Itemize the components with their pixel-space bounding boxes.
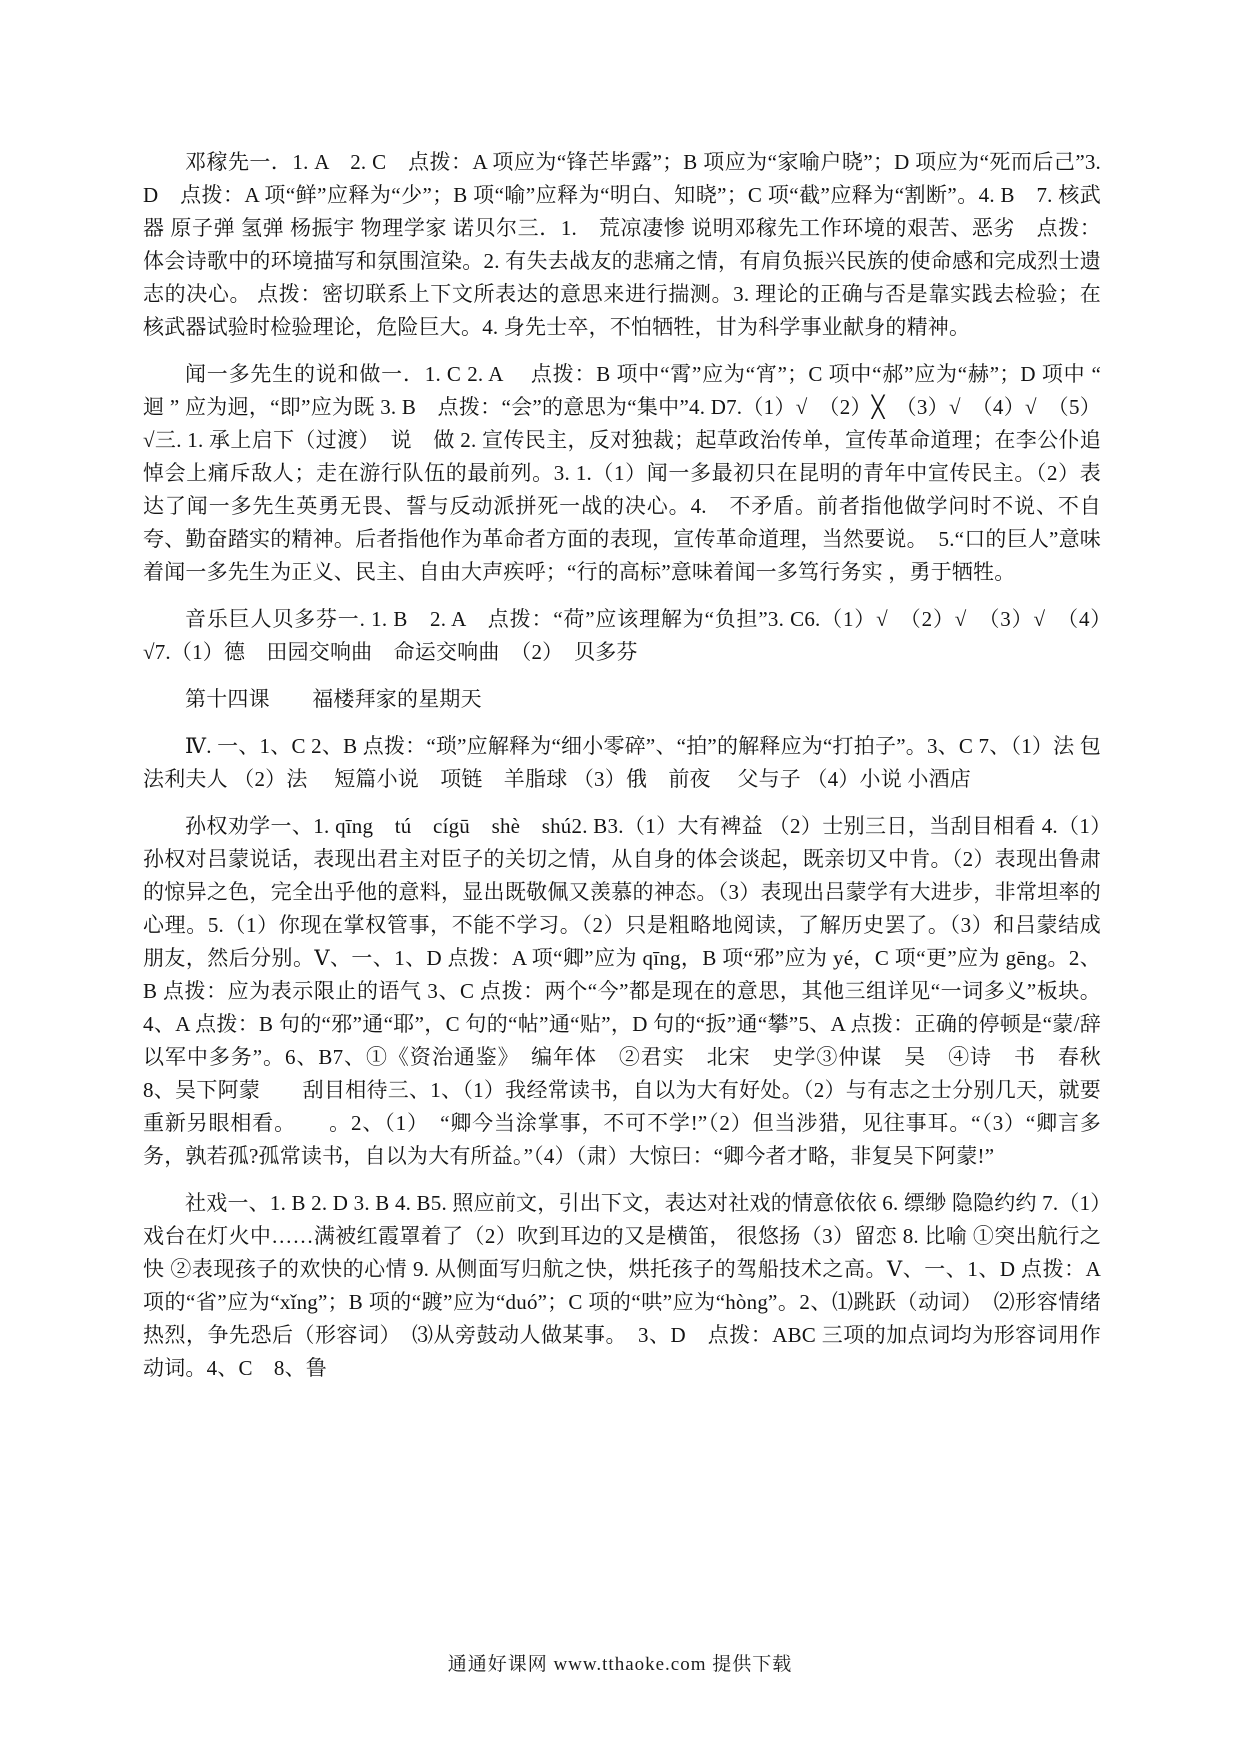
- footer-url: www.tthaoke.com: [553, 1654, 706, 1675]
- document-page: 邓稼先一．1. A 2. C 点拨：A 项应为“锋芒毕露”；B 项应为“家喻户晓…: [0, 0, 1240, 1754]
- paragraph-deng-jiaxian: 邓稼先一．1. A 2. C 点拨：A 项应为“锋芒毕露”；B 项应为“家喻户晓…: [143, 146, 1101, 344]
- page-footer: 通通好课网 www.tthaoke.com 提供下载: [0, 1652, 1240, 1678]
- answer-key-content: 邓稼先一．1. A 2. C 点拨：A 项应为“锋芒毕露”；B 项应为“家喻户晓…: [143, 146, 1101, 1399]
- paragraph-wen-yiduo: 闻一多先生的说和做一．1. C 2. A 点拨：B 项中“霄”应为“宵”；C 项…: [143, 358, 1101, 589]
- paragraph-flaubert: Ⅳ. 一、1、C 2、B 点拨：“琐”应解释为“细小零碎”、“拍”的解释应为“打…: [143, 730, 1101, 796]
- footer-note: 提供下载: [712, 1654, 792, 1675]
- lesson-heading: 第十四课 福楼拜家的星期天: [143, 683, 1101, 716]
- paragraph-she-xi: 社戏一、1. B 2. D 3. B 4. B5. 照应前文，引出下文，表达对社…: [143, 1187, 1101, 1385]
- footer-site-name: 通通好课网: [448, 1654, 548, 1675]
- paragraph-sun-quan: 孙权劝学一、1. qīng tú cígū shè shú2. B3.（1）大有…: [143, 810, 1101, 1173]
- paragraph-beethoven: 音乐巨人贝多芬一. 1. B 2. A 点拨：“荷”应该理解为“负担”3. C6…: [143, 603, 1101, 669]
